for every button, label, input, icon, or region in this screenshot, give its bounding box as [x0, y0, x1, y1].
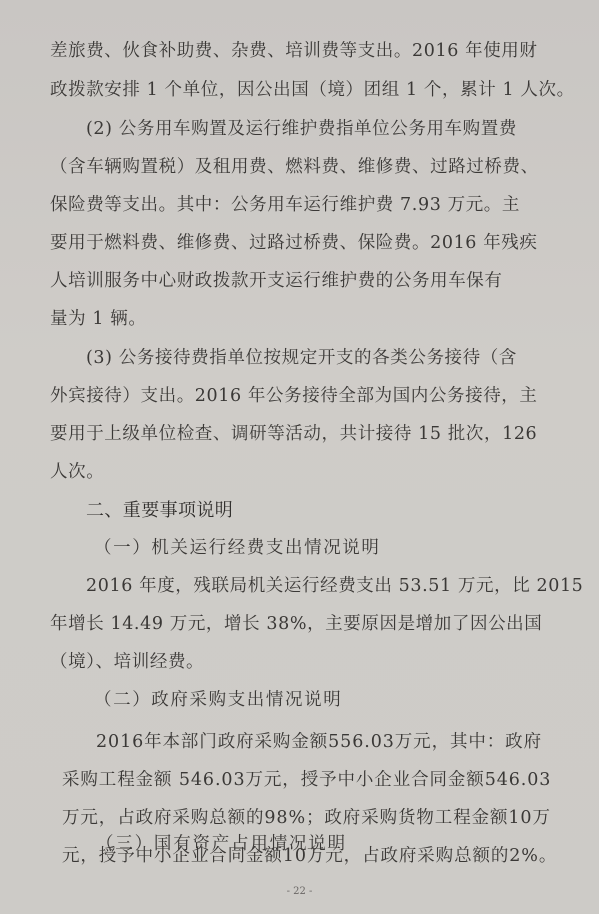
subsection-heading: （一）机关运行经费支出情况说明 [94, 537, 594, 559]
paragraph-line: 人次。 [50, 461, 550, 483]
paragraph-line: 政拨款安排 1 个单位，因公出国（境）团组 1 个，累计 1 人次。 [50, 79, 550, 101]
paragraph-line: 万元，占政府采购总额的98%；政府采购货物工程金额10万 [62, 807, 562, 829]
section-heading: 二、重要事项说明 [86, 500, 586, 522]
paragraph-line: 人培训服务中心财政拨款开支运行维护费的公务用车保有 [50, 270, 550, 292]
subsection-heading: （二）政府采购支出情况说明 [94, 689, 594, 711]
subsection-heading: （三）国有资产占用情况说明 [96, 833, 596, 855]
paragraph-line: (3) 公务接待费指单位按规定开支的各类公务接待（含 [86, 347, 586, 369]
paragraph-line: 要用于燃料费、维修费、过路过桥费、保险费。2016 年残疾 [50, 232, 550, 254]
paragraph-line: 2016 年度，残联局机关运行经费支出 53.51 万元，比 2015 [86, 575, 586, 597]
paragraph-line: 量为 1 辆。 [50, 308, 550, 330]
paragraph-line: 差旅费、伙食补助费、杂费、培训费等支出。2016 年使用财 [50, 40, 550, 62]
paragraph-line: 保险费等支出。其中：公务用车运行维护费 7.93 万元。主 [50, 194, 550, 216]
paragraph-line: 年增长 14.49 万元，增长 38%，主要原因是增加了因公出国 [50, 613, 550, 635]
paragraph-line: 采购工程金额 546.03万元，授予中小企业合同金额546.03 [62, 769, 562, 791]
paragraph-line: 要用于上级单位检查、调研等活动，共计接待 15 批次，126 [50, 423, 550, 445]
page-number: - 22 - [0, 886, 599, 897]
paragraph-line: (2) 公务用车购置及运行维护费指单位公务用车购置费 [86, 118, 586, 140]
paragraph-line: 外宾接待）支出。2016 年公务接待全部为国内公务接待，主 [50, 385, 550, 407]
document-page: 差旅费、伙食补助费、杂费、培训费等支出。2016 年使用财 政拨款安排 1 个单… [0, 0, 599, 914]
paragraph-line: （境）、培训经费。 [50, 651, 550, 673]
paragraph-line: （含车辆购置税）及租用费、燃料费、维修费、过路过桥费、 [50, 156, 550, 178]
paragraph-line: 2016年本部门政府采购金额556.03万元，其中：政府 [96, 731, 596, 753]
